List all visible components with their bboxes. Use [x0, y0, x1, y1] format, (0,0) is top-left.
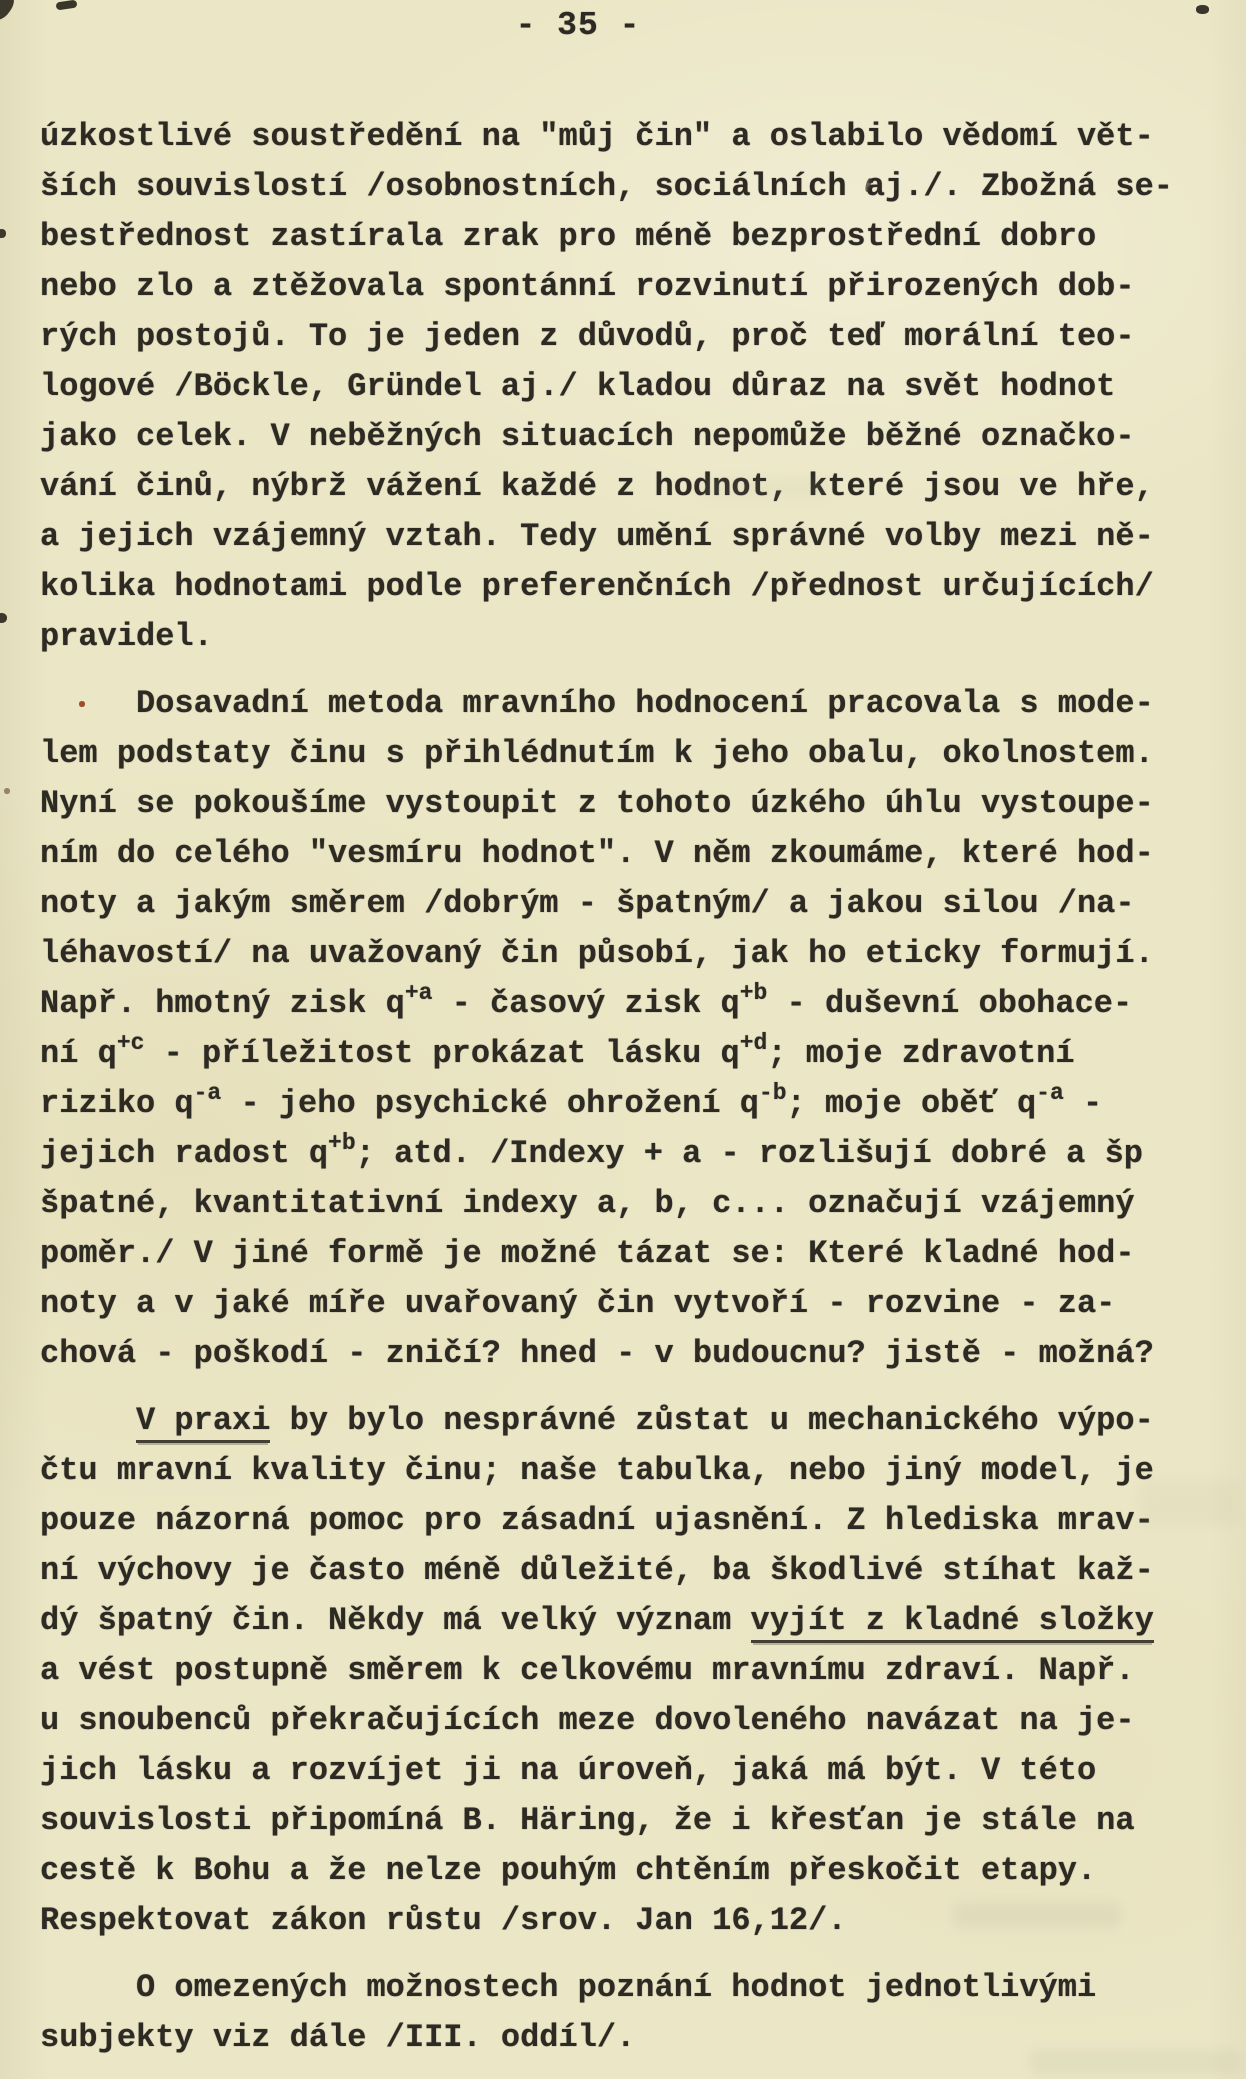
- text-segment: cestě k Bohu a že nelze pouhým chtěním p…: [40, 1852, 1096, 1889]
- text-segment: ; moje zdravotní: [767, 1035, 1074, 1072]
- text-segment: nebo zlo a ztěžovala spontánní rozvinutí…: [40, 268, 1135, 305]
- text-line: logové /Böckle, Gründel aj./ kladou důra…: [40, 362, 1215, 412]
- text-segment: O omezených možnostech poznání hodnot je…: [136, 1969, 1096, 2006]
- text-segment: - časový zisk q: [432, 985, 739, 1022]
- text-segment: by bylo nesprávné zůstat u mechanického …: [270, 1402, 1153, 1439]
- text-line: úzkostlivé soustředění na "můj čin" a os…: [40, 112, 1215, 162]
- text-line: dý špatný čin. Někdy má velký význam vyj…: [40, 1596, 1215, 1646]
- text-segment: riziko q: [40, 1085, 194, 1122]
- paragraph-2: Dosavadní metoda mravního hodnocení prac…: [40, 679, 1215, 1379]
- text-segment: ní výchovy je často méně důležité, ba šk…: [40, 1552, 1154, 1589]
- scan-artifact: [0, 229, 6, 238]
- text-segment: čtu mravní kvality činu; naše tabulka, n…: [40, 1452, 1154, 1489]
- text-segment: noty a v jaké míře uvařovaný čin vytvoří…: [40, 1285, 1115, 1322]
- text-line: Respektovat zákon růstu /srov. Jan 16,12…: [40, 1896, 1215, 1946]
- scanned-document-page: - 35 - úzkostlivé soustředění na "můj či…: [0, 0, 1246, 2079]
- text-line: Např. hmotný zisk q+a - časový zisk q+b …: [40, 979, 1215, 1029]
- text-line: špatné, kvantitativní indexy a, b, c... …: [40, 1179, 1215, 1229]
- text-segment: úzkostlivé soustředění na "můj čin" a os…: [40, 118, 1154, 155]
- text-segment: léhavostí/ na uvažovaný čin působí, jak …: [40, 935, 1154, 972]
- text-segment: -: [1064, 1085, 1102, 1122]
- text-segment: subjekty viz dále /III. oddíl/.: [40, 2019, 635, 2056]
- text-line: pravidel.: [40, 612, 1215, 662]
- superscript-index: +d: [740, 1030, 768, 1056]
- text-segment: a jejich vzájemný vztah. Tedy umění sprá…: [40, 518, 1154, 555]
- text-line: souvislosti připomíná B. Häring, že i kř…: [40, 1796, 1215, 1846]
- text-segment: Nyní se pokoušíme vystoupit z tohoto úzk…: [40, 785, 1154, 822]
- text-segment: logové /Böckle, Gründel aj./ kladou důra…: [40, 368, 1115, 405]
- text-segment: chová - poškodí - zničí? hned - v budouc…: [40, 1335, 1154, 1372]
- text-segment: souvislosti připomíná B. Häring, že i kř…: [40, 1802, 1135, 1839]
- paragraph-1: úzkostlivé soustředění na "můj čin" a os…: [40, 112, 1215, 662]
- text-line: vání činů, nýbrž vážení každé z hodnot, …: [40, 462, 1215, 512]
- page-number: - 35 -: [0, 4, 1156, 48]
- text-segment: Respektovat zákon růstu /srov. Jan 16,12…: [40, 1902, 847, 1939]
- superscript-index: -a: [1036, 1080, 1064, 1106]
- text-line: a vést postupně směrem k celkovému mravn…: [40, 1646, 1215, 1696]
- text-line: subjekty viz dále /III. oddíl/.: [40, 2013, 1215, 2063]
- text-segment: - duševní obohace-: [767, 985, 1132, 1022]
- underlined-text: vyjít z kladné složky: [751, 1602, 1154, 1643]
- text-line: poměr./ V jiné formě je možné tázat se: …: [40, 1229, 1215, 1279]
- superscript-index: +b: [328, 1130, 356, 1156]
- text-line: ní q+c - příležitost prokázat lásku q+d;…: [40, 1029, 1215, 1079]
- text-line: Nyní se pokoušíme vystoupit z tohoto úzk…: [40, 779, 1215, 829]
- text-line: jako celek. V neběžných situacích nepomů…: [40, 412, 1215, 462]
- text-line: ní výchovy je často méně důležité, ba šk…: [40, 1546, 1215, 1596]
- superscript-index: -b: [759, 1080, 787, 1106]
- text-segment: pouze názorná pomoc pro zásadní ujasnění…: [40, 1502, 1154, 1539]
- text-line: u snoubenců překračujících meze dovolené…: [40, 1696, 1215, 1746]
- text-line: V praxi by bylo nesprávné zůstat u mecha…: [40, 1396, 1215, 1446]
- text-line: jich lásku a rozvíjet ji na úroveň, jaká…: [40, 1746, 1215, 1796]
- text-segment: jejich radost q: [40, 1135, 328, 1172]
- superscript-index: +c: [117, 1030, 145, 1056]
- text-line: a jejich vzájemný vztah. Tedy umění sprá…: [40, 512, 1215, 562]
- text-segment: rých postojů. To je jeden z důvodů, proč…: [40, 318, 1135, 355]
- text-segment: ; atd. /Indexy + a - rozlišují dobré a š…: [356, 1135, 1143, 1172]
- text-segment: - jeho psychické ohrožení q: [221, 1085, 759, 1122]
- text-segment: poměr./ V jiné formě je možné tázat se: …: [40, 1235, 1135, 1272]
- text-line: ním do celého "vesmíru hodnot". V něm zk…: [40, 829, 1215, 879]
- text-line: noty a v jaké míře uvařovaný čin vytvoří…: [40, 1279, 1215, 1329]
- text-segment: bestřednost zastírala zrak pro méně bezp…: [40, 218, 1096, 255]
- text-line: nebo zlo a ztěžovala spontánní rozvinutí…: [40, 262, 1215, 312]
- paragraph-3: V praxi by bylo nesprávné zůstat u mecha…: [40, 1396, 1215, 1946]
- text-line: čtu mravní kvality činu; naše tabulka, n…: [40, 1446, 1215, 1496]
- paragraph-4: O omezených možnostech poznání hodnot je…: [40, 1963, 1215, 2063]
- text-segment: jako celek. V neběžných situacích nepomů…: [40, 418, 1135, 455]
- text-segment: ním do celého "vesmíru hodnot". V něm zk…: [40, 835, 1154, 872]
- text-line: pouze názorná pomoc pro zásadní ujasnění…: [40, 1496, 1215, 1546]
- text-segment: - příležitost prokázat lásku q: [144, 1035, 739, 1072]
- text-segment: Dosavadní metoda mravního hodnocení prac…: [136, 685, 1154, 722]
- text-segment: lem podstaty činu s přihlédnutím k jeho …: [40, 735, 1154, 772]
- text-line: O omezených možnostech poznání hodnot je…: [40, 1963, 1215, 2013]
- text-segment: kolika hodnotami podle preferenčních /př…: [40, 568, 1154, 605]
- text-line: léhavostí/ na uvažovaný čin působí, jak …: [40, 929, 1215, 979]
- text-segment: jich lásku a rozvíjet ji na úroveň, jaká…: [40, 1752, 1096, 1789]
- text-segment: u snoubenců překračujících meze dovolené…: [40, 1702, 1135, 1739]
- text-line: lem podstaty činu s přihlédnutím k jeho …: [40, 729, 1215, 779]
- scan-artifact: [4, 788, 10, 794]
- text-segment: vání činů, nýbrž vážení každé z hodnot, …: [40, 468, 1154, 505]
- text-line: rých postojů. To je jeden z důvodů, proč…: [40, 312, 1215, 362]
- text-line: kolika hodnotami podle preferenčních /př…: [40, 562, 1215, 612]
- text-segment: Např. hmotný zisk q: [40, 985, 405, 1022]
- document-body: úzkostlivé soustředění na "můj čin" a os…: [40, 112, 1215, 2063]
- text-line: bestřednost zastírala zrak pro méně bezp…: [40, 212, 1215, 262]
- text-segment: ; moje oběť q: [787, 1085, 1037, 1122]
- text-line: noty a jakým směrem /dobrým - špatným/ a…: [40, 879, 1215, 929]
- text-line: jejich radost q+b; atd. /Indexy + a - ro…: [40, 1129, 1215, 1179]
- scan-artifact: [0, 613, 7, 623]
- scan-artifact: [1196, 5, 1209, 14]
- text-segment: a vést postupně směrem k celkovému mravn…: [40, 1652, 1135, 1689]
- superscript-index: -a: [194, 1080, 222, 1106]
- text-segment: noty a jakým směrem /dobrým - špatným/ a…: [40, 885, 1135, 922]
- text-line: riziko q-a - jeho psychické ohrožení q-b…: [40, 1079, 1215, 1129]
- superscript-index: +a: [405, 980, 433, 1006]
- underlined-text: V praxi: [136, 1402, 270, 1443]
- scan-artifact: [79, 701, 85, 707]
- text-line: cestě k Bohu a že nelze pouhým chtěním p…: [40, 1846, 1215, 1896]
- text-segment: špatné, kvantitativní indexy a, b, c... …: [40, 1185, 1135, 1222]
- text-segment: ších souvislostí /osobnostních, sociální…: [40, 168, 1173, 205]
- superscript-index: +b: [740, 980, 768, 1006]
- text-line: Dosavadní metoda mravního hodnocení prac…: [40, 679, 1215, 729]
- text-segment: ní q: [40, 1035, 117, 1072]
- text-line: ších souvislostí /osobnostních, sociální…: [40, 162, 1215, 212]
- text-line: chová - poškodí - zničí? hned - v budouc…: [40, 1329, 1215, 1379]
- text-segment: dý špatný čin. Někdy má velký význam: [40, 1602, 751, 1639]
- text-segment: pravidel.: [40, 618, 213, 655]
